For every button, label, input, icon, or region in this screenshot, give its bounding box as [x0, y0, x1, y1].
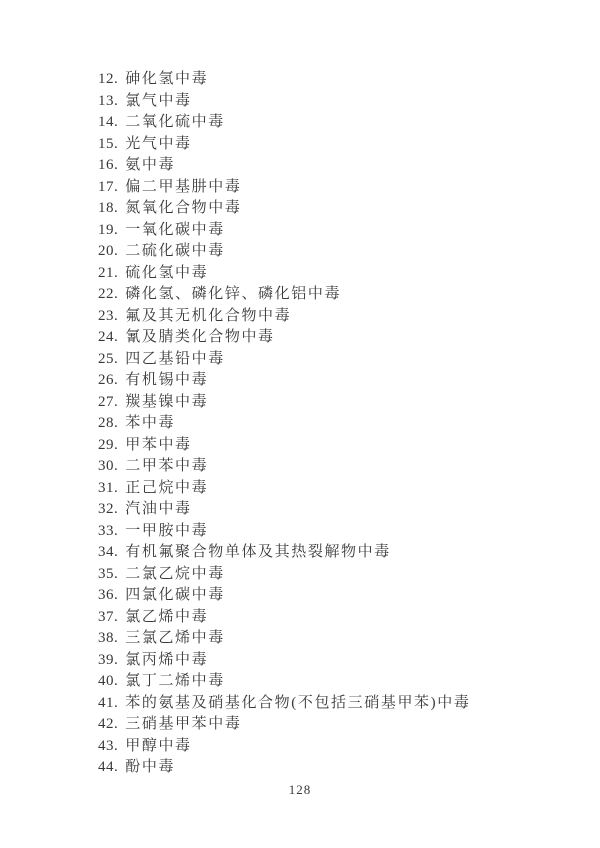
list-item-text: 一氧化碳中毒 [125, 222, 225, 238]
list-item-text: 氯丙烯中毒 [125, 652, 208, 668]
list-item-number: 31. [98, 478, 118, 500]
list-item: 34.有机氟聚合物单体及其热裂解物中毒 [98, 542, 470, 564]
list-item: 44.酚中毒 [98, 757, 470, 779]
list-item: 16.氨中毒 [98, 155, 470, 177]
list-item-number: 40. [98, 671, 118, 693]
list-item-number: 24. [98, 327, 118, 349]
list-item: 25.四乙基铅中毒 [98, 349, 470, 371]
list-item: 12.砷化氢中毒 [98, 69, 470, 91]
list-item-text: 氰及腈类化合物中毒 [125, 329, 274, 345]
list-item-number: 39. [98, 650, 118, 672]
list-item-number: 27. [98, 392, 118, 414]
list-item-text: 硫化氢中毒 [125, 265, 208, 281]
list-item-text: 一甲胺中毒 [125, 523, 208, 539]
list-item: 22.磷化氢、磷化锌、磷化铝中毒 [98, 284, 470, 306]
list-item: 13.氯气中毒 [98, 91, 470, 113]
list-item-number: 36. [98, 585, 118, 607]
list-item: 24.氰及腈类化合物中毒 [98, 327, 470, 349]
list-item: 26.有机锡中毒 [98, 370, 470, 392]
list-item-text: 苯中毒 [125, 415, 175, 431]
list-item-number: 23. [98, 306, 118, 328]
list-item-number: 13. [98, 91, 118, 113]
list-item-text: 有机氟聚合物单体及其热裂解物中毒 [125, 544, 391, 560]
list-item: 41.苯的氨基及硝基化合物(不包括三硝基甲苯)中毒 [98, 693, 470, 715]
list-item-text: 甲苯中毒 [125, 437, 191, 453]
list-item: 37.氯乙烯中毒 [98, 607, 470, 629]
list-item-number: 33. [98, 521, 118, 543]
list-item-number: 26. [98, 370, 118, 392]
list-item-text: 酚中毒 [125, 759, 175, 775]
list-item-text: 苯的氨基及硝基化合物(不包括三硝基甲苯)中毒 [125, 695, 470, 711]
list-item-text: 三硝基甲苯中毒 [125, 716, 241, 732]
list-item-text: 二氧化硫中毒 [125, 114, 225, 130]
list-item-number: 37. [98, 607, 118, 629]
list-item-number: 21. [98, 263, 118, 285]
list-item: 32.汽油中毒 [98, 499, 470, 521]
list-item-text: 磷化氢、磷化锌、磷化铝中毒 [125, 286, 341, 302]
list-item: 29.甲苯中毒 [98, 435, 470, 457]
list-item: 33.一甲胺中毒 [98, 521, 470, 543]
list-item-text: 砷化氢中毒 [125, 71, 208, 87]
list-item-number: 17. [98, 177, 118, 199]
list-item: 17.偏二甲基肼中毒 [98, 177, 470, 199]
list-item-text: 偏二甲基肼中毒 [125, 179, 241, 195]
list-item: 18.氮氧化合物中毒 [98, 198, 470, 220]
list-item: 15.光气中毒 [98, 134, 470, 156]
list-item-number: 43. [98, 736, 118, 758]
list-item-text: 氮氧化合物中毒 [125, 200, 241, 216]
list-item-number: 29. [98, 435, 118, 457]
list-item: 30.二甲苯中毒 [98, 456, 470, 478]
list-item: 20.二硫化碳中毒 [98, 241, 470, 263]
list-item-number: 34. [98, 542, 118, 564]
list-item-text: 氯乙烯中毒 [125, 609, 208, 625]
list-item-text: 氨中毒 [125, 157, 175, 173]
list-item: 23.氟及其无机化合物中毒 [98, 306, 470, 328]
page-number: 128 [0, 782, 600, 798]
list-item-number: 22. [98, 284, 118, 306]
list-item-number: 41. [98, 693, 118, 715]
list-item: 14.二氧化硫中毒 [98, 112, 470, 134]
list-item: 43.甲醇中毒 [98, 736, 470, 758]
list-item-text: 四乙基铅中毒 [125, 351, 225, 367]
list-item-number: 15. [98, 134, 118, 156]
list-item-number: 20. [98, 241, 118, 263]
list-item: 39.氯丙烯中毒 [98, 650, 470, 672]
list-item-text: 正己烷中毒 [125, 480, 208, 496]
list-item: 31.正己烷中毒 [98, 478, 470, 500]
list-item: 28.苯中毒 [98, 413, 470, 435]
list-item-number: 16. [98, 155, 118, 177]
document-page: 12.砷化氢中毒13.氯气中毒14.二氧化硫中毒15.光气中毒16.氨中毒17.… [0, 0, 600, 848]
list-item-number: 14. [98, 112, 118, 134]
list-item-number: 19. [98, 220, 118, 242]
list-item-text: 氯丁二烯中毒 [125, 673, 225, 689]
list-item-number: 12. [98, 69, 118, 91]
list-item-text: 甲醇中毒 [125, 738, 191, 754]
list-item-text: 二氯乙烷中毒 [125, 566, 225, 582]
list-item-text: 二甲苯中毒 [125, 458, 208, 474]
list-item-number: 25. [98, 349, 118, 371]
list-item-text: 四氯化碳中毒 [125, 587, 225, 603]
list-item: 40.氯丁二烯中毒 [98, 671, 470, 693]
list-item-text: 三氯乙烯中毒 [125, 630, 225, 646]
list-item-text: 氟及其无机化合物中毒 [125, 308, 291, 324]
list-item-text: 有机锡中毒 [125, 372, 208, 388]
list-item: 35.二氯乙烷中毒 [98, 564, 470, 586]
list-item-text: 汽油中毒 [125, 501, 191, 517]
list-item-text: 氯气中毒 [125, 93, 191, 109]
list-item-text: 羰基镍中毒 [125, 394, 208, 410]
list-item-number: 42. [98, 714, 118, 736]
list-item: 27.羰基镍中毒 [98, 392, 470, 414]
list-item-number: 30. [98, 456, 118, 478]
poisoning-list: 12.砷化氢中毒13.氯气中毒14.二氧化硫中毒15.光气中毒16.氨中毒17.… [98, 69, 470, 779]
list-item-text: 光气中毒 [125, 136, 191, 152]
list-item-number: 38. [98, 628, 118, 650]
list-item-text: 二硫化碳中毒 [125, 243, 225, 259]
list-item-number: 44. [98, 757, 118, 779]
list-item-number: 32. [98, 499, 118, 521]
list-item: 42.三硝基甲苯中毒 [98, 714, 470, 736]
list-item: 38.三氯乙烯中毒 [98, 628, 470, 650]
list-item-number: 28. [98, 413, 118, 435]
list-item: 21.硫化氢中毒 [98, 263, 470, 285]
list-item-number: 35. [98, 564, 118, 586]
list-item: 36.四氯化碳中毒 [98, 585, 470, 607]
list-item: 19.一氧化碳中毒 [98, 220, 470, 242]
list-item-number: 18. [98, 198, 118, 220]
